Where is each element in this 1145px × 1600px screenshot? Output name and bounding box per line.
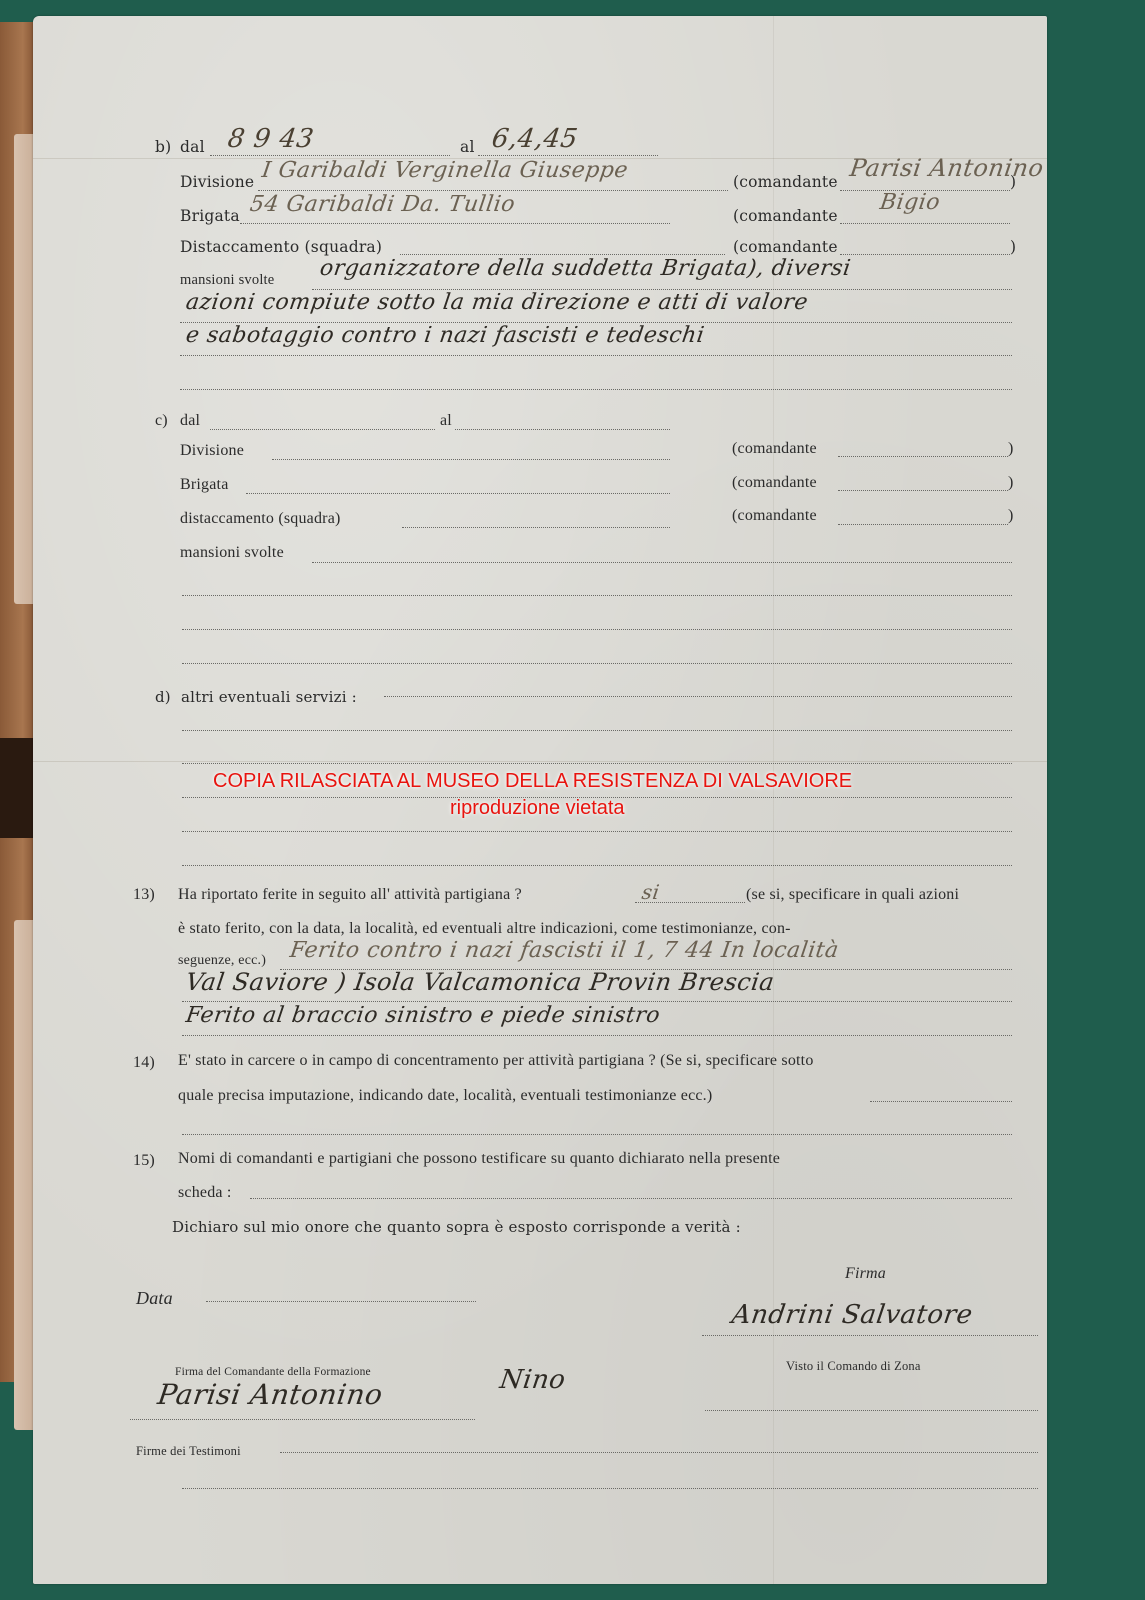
q15-number: 15) — [133, 1152, 155, 1170]
section-d-field-3[interactable] — [182, 763, 1012, 764]
section-b-mansioni-line-3: e sabotaggio contro i nazi fascisti e te… — [184, 323, 706, 348]
section-b-mansioni-label: mansioni svolte — [180, 272, 274, 289]
testimoni-field-2[interactable] — [182, 1488, 1038, 1489]
section-c-distaccamento-label: distaccamento (squadra) — [180, 510, 341, 528]
section-b-brigata-field[interactable] — [240, 223, 670, 224]
testimoni-label: Firme dei Testimoni — [136, 1444, 241, 1459]
section-b-brigata-comandante-label: (comandante — [733, 207, 838, 225]
q13-number: 13) — [133, 886, 155, 904]
section-b-dal-field[interactable] — [210, 155, 450, 156]
section-d-text: altri eventuali servizi : — [181, 688, 357, 706]
data-field[interactable] — [206, 1301, 476, 1302]
q14-line1: E' stato in carcere o in campo di concen… — [178, 1052, 814, 1070]
q14-field-2[interactable] — [182, 1134, 1012, 1135]
section-c-divisione-label: Divisione — [180, 442, 244, 460]
firma-signature: Andrini Salvatore — [730, 1300, 975, 1330]
close-paren: ) — [1010, 173, 1016, 191]
section-b-brigata-comandante-field[interactable] — [840, 223, 1010, 224]
close-paren: ) — [1008, 474, 1014, 492]
section-c-mansioni-field-2[interactable] — [182, 595, 1012, 596]
section-b-distaccamento-field[interactable] — [400, 254, 725, 255]
q13-line1-a: Ha riportato ferite in seguito all' atti… — [178, 886, 522, 904]
watermark-line-2: riproduzione vietata — [450, 797, 625, 820]
q13-field-2[interactable] — [182, 1001, 1012, 1002]
visto-label: Visto il Comando di Zona — [786, 1359, 921, 1374]
section-b-distaccamento-comandante-label: (comandante — [733, 238, 838, 256]
section-d-label: d) — [155, 688, 171, 706]
section-b-brigata-value: 54 Garibaldi Da. Tullio — [248, 192, 517, 217]
section-b-al-value: 6,4,45 — [490, 124, 580, 154]
q13-hand-line-3: Ferito al braccio sinistro e piede sinis… — [184, 1003, 662, 1028]
section-c-divisione-comandante-label: (comandante — [732, 440, 817, 458]
visto-field[interactable] — [705, 1410, 1038, 1411]
section-c-brigata-label: Brigata — [180, 476, 229, 494]
section-b-brigata-comandante-value: Bigio — [878, 190, 942, 215]
comandante-formazione-label: Firma del Comandante della Formazione — [175, 1366, 371, 1378]
section-c-divisione-field[interactable] — [272, 459, 670, 460]
section-c-dal-field[interactable] — [210, 429, 435, 430]
close-paren: ) — [1008, 440, 1014, 458]
q14-field-1[interactable] — [870, 1101, 1012, 1102]
q14-line2: quale precisa imputazione, indicando dat… — [178, 1087, 712, 1105]
section-c-mansioni-field-1[interactable] — [312, 562, 1012, 563]
q13-hand-line-2: Val Saviore ) Isola Valcamonica Provin B… — [184, 968, 776, 996]
section-c-mansioni-label: mansioni svolte — [180, 544, 284, 562]
section-d-field-5[interactable] — [182, 831, 1012, 832]
section-c-divisione-comandante-field[interactable] — [838, 456, 1008, 457]
testimoni-field-1[interactable] — [280, 1452, 1038, 1453]
q13-hand-line-1: Ferito contro i nazi fascisti il 1, 7 44… — [288, 938, 840, 963]
section-b-mansioni-field-4[interactable] — [180, 389, 1012, 390]
section-b-distaccamento-label: Distaccamento (squadra) — [180, 238, 382, 256]
q13-field-3[interactable] — [182, 1035, 1012, 1036]
comandante-signature: Parisi Antonino — [156, 1378, 385, 1411]
q15-field[interactable] — [250, 1198, 1012, 1199]
close-paren: ) — [1008, 507, 1014, 525]
q15-line2: scheda : — [178, 1184, 232, 1202]
comandante-formazione-field[interactable] — [130, 1419, 475, 1420]
section-b-dal-label: dal — [180, 138, 205, 156]
section-d-field-1[interactable] — [384, 696, 1012, 697]
section-c-distaccamento-comandante-field[interactable] — [838, 524, 1008, 525]
section-b-label: b) — [155, 138, 171, 156]
section-b-mansioni-line-1: organizzatore della suddetta Brigata), d… — [318, 256, 852, 281]
section-c-al-field[interactable] — [455, 429, 670, 430]
binder-spine — [0, 738, 34, 838]
section-b-mansioni-line-2: azioni compiute sotto la mia direzione e… — [184, 290, 809, 315]
section-d-field-6[interactable] — [182, 865, 1012, 866]
section-c-brigata-field[interactable] — [246, 493, 670, 494]
section-b-brigata-label: Brigata — [180, 207, 240, 225]
section-c-distaccamento-comandante-label: (comandante — [732, 507, 817, 525]
close-paren: ) — [1010, 238, 1016, 256]
q14-number: 14) — [133, 1054, 155, 1072]
section-b-al-label: al — [460, 138, 475, 156]
q13-line2: è stato ferito, con la data, la località… — [178, 920, 791, 938]
section-c-brigata-comandante-label: (comandante — [732, 474, 817, 492]
section-b-mansioni-field-3[interactable] — [180, 355, 1012, 356]
data-label: Data — [136, 1288, 173, 1309]
section-b-divisione-label: Divisione — [180, 173, 254, 191]
q13-answer: si — [640, 880, 661, 904]
section-d-field-2[interactable] — [182, 730, 1012, 731]
comandante-signature-extra: Nino — [498, 1365, 568, 1395]
section-c-dal-label: dal — [180, 412, 200, 430]
section-c-label: c) — [155, 412, 168, 430]
q15-line1: Nomi di comandanti e partigiani che poss… — [178, 1150, 780, 1168]
section-c-mansioni-field-3[interactable] — [182, 629, 1012, 630]
section-b-divisione-field[interactable] — [258, 190, 728, 191]
q13-line3: seguenze, ecc.) — [178, 953, 266, 969]
section-b-dal-value: 8 9 43 — [226, 124, 316, 154]
q13-line1-b: (se si, specificare in quali azioni — [746, 886, 959, 904]
firma-label: Firma — [845, 1265, 886, 1283]
firma-field[interactable] — [702, 1335, 1038, 1336]
section-b-distaccamento-comandante-field[interactable] — [840, 254, 1010, 255]
watermark-line-1: COPIA RILASCIATA AL MUSEO DELLA RESISTEN… — [213, 770, 852, 793]
section-b-divisione-value: I Garibaldi Verginella Giuseppe — [260, 158, 629, 183]
section-b-divisione-comandante-label: (comandante — [733, 173, 838, 191]
section-c-mansioni-field-4[interactable] — [182, 663, 1012, 664]
section-c-distaccamento-field[interactable] — [402, 527, 670, 528]
section-c-al-label: al — [440, 412, 452, 430]
declaration-text: Dichiaro sul mio onore che quanto sopra … — [172, 1218, 741, 1236]
section-c-brigata-comandante-field[interactable] — [838, 490, 1008, 491]
section-b-al-field[interactable] — [478, 155, 658, 156]
